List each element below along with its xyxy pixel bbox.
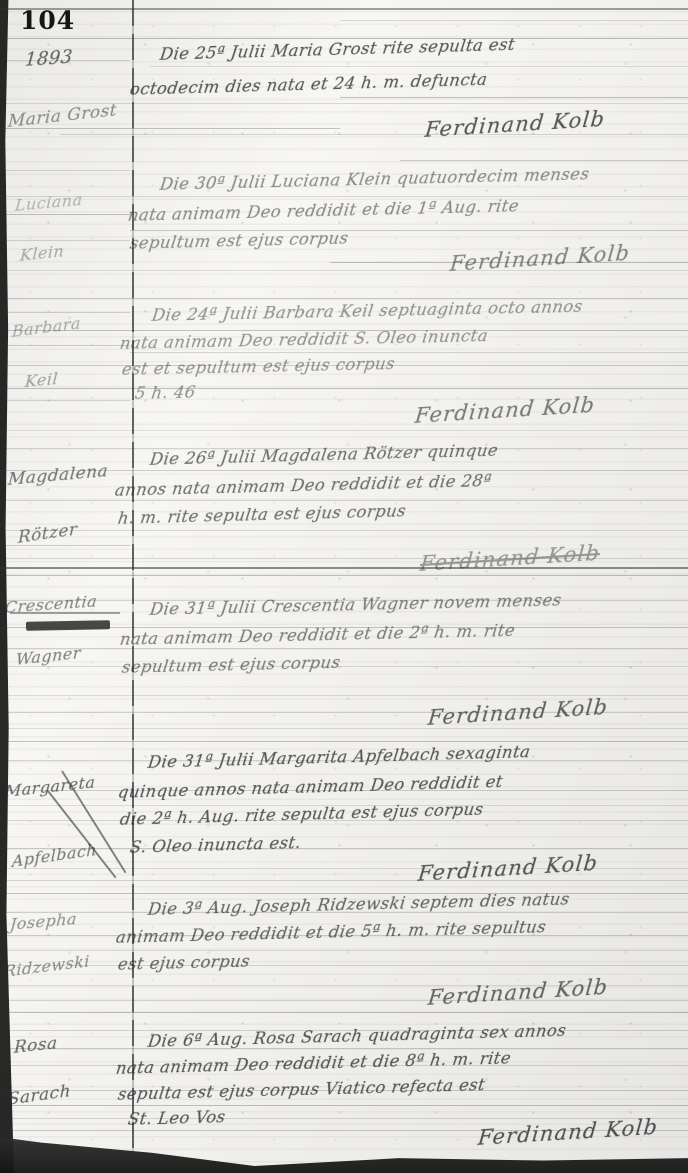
signature-ferdinand-kolb: Ferdinand Kolb	[477, 1115, 659, 1150]
margin-name: Magdalena	[7, 461, 109, 490]
ruled-line	[400, 160, 688, 161]
ruled-line	[0, 312, 130, 313]
signature-ferdinand-kolb: Ferdinand Kolb	[419, 541, 601, 576]
margin-name: Rosa	[13, 1033, 58, 1058]
margin-name: Keil	[24, 369, 58, 391]
ruled-line	[0, 648, 688, 649]
ruled-line	[0, 1105, 688, 1106]
ruled-line	[340, 97, 688, 98]
ruled-line	[0, 848, 688, 849]
ruled-line	[0, 741, 688, 742]
ruled-line	[0, 575, 688, 576]
entry-text-line: Die 24ª Julii Barbara Keil septuaginta o…	[151, 297, 584, 325]
entry-text-line: nata animam Deo reddidit S. Oleo inuncta	[119, 326, 490, 353]
ruled-line	[150, 66, 688, 67]
entry-text-line: Die 30ª Julii Luciana Klein quatuordecim…	[159, 164, 591, 194]
ruled-line	[0, 893, 688, 894]
entry-text-line: annos nata animam Deo reddidit et die 28…	[114, 471, 493, 500]
entry-text-line: Die 26ª Julii Magdalena Rötzer quinque	[149, 441, 500, 469]
margin-name: Ridzewski	[4, 951, 91, 981]
entry-text-line: sepultum est ejus corpus	[129, 229, 350, 253]
ruled-line	[0, 530, 688, 531]
page-number: 104	[20, 6, 75, 35]
entry-text-line: nata animam Deo reddidit et die 1ª Aug. …	[127, 196, 520, 225]
margin-name: Crescentia	[4, 591, 98, 617]
signature-ferdinand-kolb: Ferdinand Kolb	[427, 975, 609, 1010]
margin-name: Sarach	[8, 1081, 71, 1110]
entry-text-line: 5 h. 46	[134, 383, 197, 403]
signature-ferdinand-kolb: Ferdinand Kolb	[414, 393, 596, 428]
margin-name: Margareta	[4, 772, 95, 801]
scan-edge-left	[0, 0, 14, 1173]
signature-ferdinand-kolb: Ferdinand Kolb	[417, 851, 599, 886]
entry-text-line: St. Leo Vos	[127, 1107, 227, 1129]
ruled-line	[0, 500, 688, 501]
ruled-line	[340, 20, 688, 21]
ruled-line	[0, 880, 688, 881]
ruled-line	[0, 965, 688, 966]
ruled-line	[0, 128, 340, 129]
entry-text-line: octodecim dies nata et 24 h. m. defuncta	[129, 70, 489, 99]
ruled-line	[0, 567, 688, 569]
entry-text-line: die 2ª h. Aug. rite sepulta est ejus cor…	[119, 800, 485, 829]
entry-text-line: Die 6ª Aug. Rosa Sarach quadraginta sex …	[147, 1021, 568, 1051]
entry-text-line: nata animam Deo reddidit et die 8ª h. m.…	[115, 1049, 513, 1078]
ruled-line	[130, 230, 688, 231]
entry-text-line: animam Deo reddidit et die 5ª h. m. rite…	[115, 917, 548, 947]
signature-ferdinand-kolb: Ferdinand Kolb	[424, 107, 606, 142]
margin-name: 1893	[24, 47, 74, 72]
entry-text-line: sepulta est ejus corpus Viatico refecta …	[117, 1075, 487, 1104]
entry-text-line: sepultum est ejus corpus	[121, 653, 342, 677]
entry-text-line: Die 3ª Aug. Joseph Ridzewski septem dies…	[147, 890, 571, 919]
ruled-line	[0, 728, 688, 729]
entry-text-line: est ejus corpus	[117, 952, 252, 974]
ruled-line	[0, 196, 688, 197]
entry-text-line: Die 31ª Julii Margarita Apfelbach sexagi…	[147, 742, 532, 772]
ruled-line	[0, 950, 688, 951]
signature-ferdinand-kolb: Ferdinand Kolb	[427, 695, 609, 730]
margin-name: Wagner	[15, 643, 81, 669]
column-divider-line	[132, 0, 134, 1152]
entry-text-line: est et sepultum est ejus corpus	[121, 354, 397, 379]
ruled-line	[0, 298, 688, 299]
ink-smudge	[26, 620, 110, 630]
margin-name: Barbara	[12, 313, 82, 341]
entry-text-line: nata animam Deo reddidit et die 2ª h. m.…	[119, 621, 517, 649]
ruled-line	[0, 666, 688, 667]
ruled-line	[0, 430, 688, 431]
ruled-line	[0, 400, 130, 401]
ruled-line	[0, 240, 130, 241]
margin-name: Klein	[19, 241, 64, 265]
entry-text-line: quinque annos nata animam Deo reddidit e…	[117, 772, 504, 802]
ruled-line	[130, 352, 688, 353]
margin-name: Luciana	[14, 190, 83, 215]
ruled-line	[0, 1048, 688, 1049]
entry-text-line: h. m. rite sepulta est ejus corpus	[117, 501, 408, 528]
entry-text-line: Die 25ª Julii Maria Grost rite sepulta e…	[159, 35, 516, 64]
margin-name: Maria Grost	[7, 100, 117, 132]
document-page: 104 Die 25ª Julii Maria Grost rite sepul…	[0, 0, 688, 1173]
ruled-line	[0, 270, 688, 271]
ruled-line	[0, 8, 688, 10]
ruled-line	[60, 134, 688, 135]
margin-name: Apfelbach	[12, 840, 97, 871]
margin-name: Rötzer	[18, 520, 78, 549]
ruled-line	[0, 388, 688, 389]
ruled-line	[0, 1012, 688, 1013]
ruled-line	[0, 170, 130, 171]
signature-ferdinand-kolb: Ferdinand Kolb	[449, 241, 631, 276]
ruled-line	[0, 345, 130, 346]
margin-name: Josepha	[9, 909, 77, 934]
entry-text-line: Die 31ª Julii Crescentia Wagner novem me…	[149, 591, 563, 619]
entry-text-line: S. Oleo inuncta est.	[129, 833, 303, 857]
